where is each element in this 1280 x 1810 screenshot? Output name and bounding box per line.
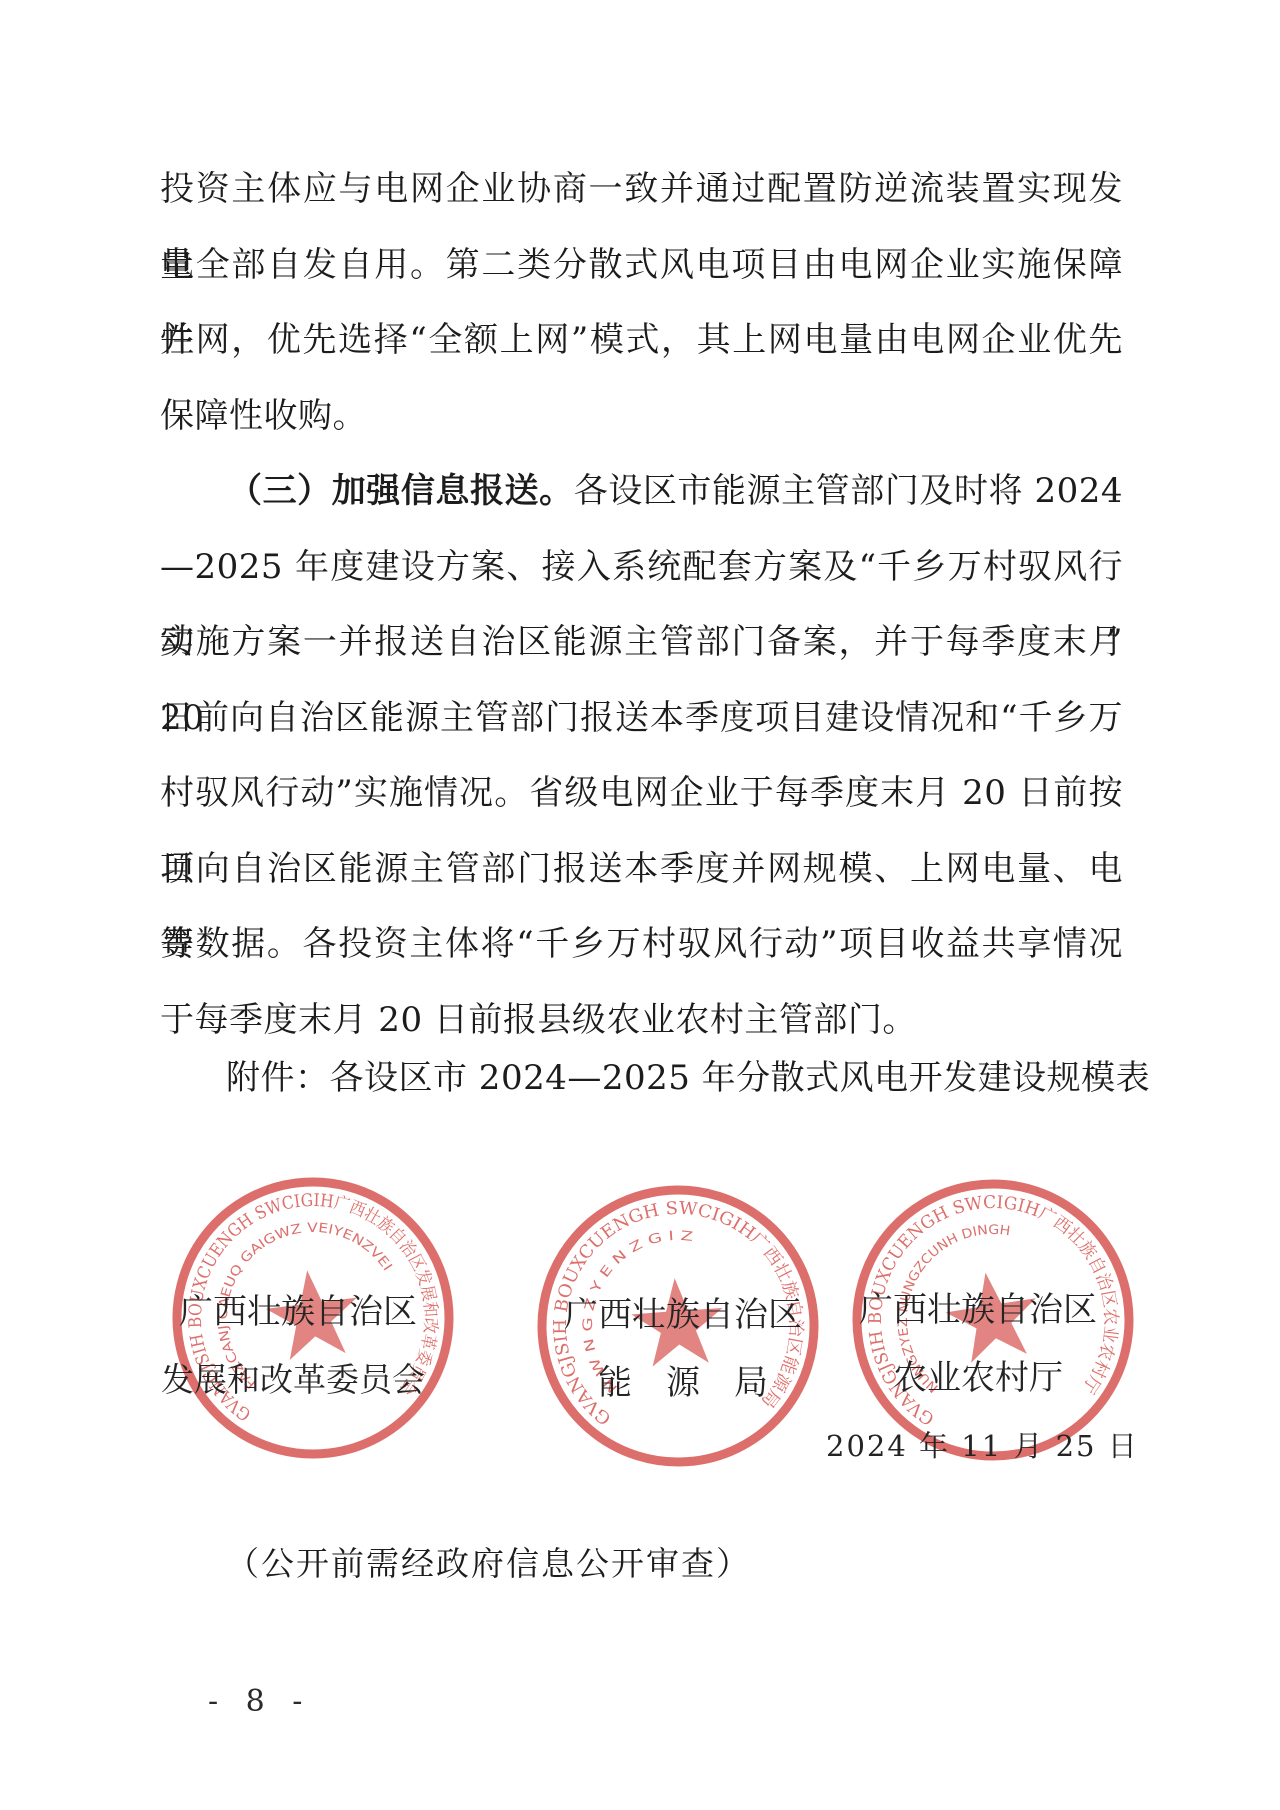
org-name-dept-1: 发展和改革委员会 — [153, 1360, 433, 1400]
body-line: 保障性收购。 — [160, 379, 1123, 455]
org-name-dept-3: 农业农村厅 — [838, 1358, 1118, 1398]
body-line: 实施方案一并报送自治区能源主管部门备案，并于每季度末月 20 — [160, 605, 1123, 681]
org-name-dept-2: 能 源 局 — [543, 1363, 823, 1403]
document-date: 2024 年 11 月 25 日 — [826, 1424, 1116, 1465]
body-text-block: 投资主体应与电网企业协商一致并通过配置防逆流装置实现发电量全部自发自用。第二类分… — [160, 152, 1123, 1058]
body-line: 投资主体应与电网企业协商一致并通过配置防逆流装置实现发电 — [160, 152, 1123, 228]
body-line: 村驭风行动”实施情况。省级电网企业于每季度末月 20 日前按项 — [160, 756, 1123, 832]
body-line: —2025 年度建设方案、接入系统配套方案及“千乡万村驭风行动” — [160, 530, 1123, 606]
org-name-region-1: 广西壮族自治区 — [158, 1292, 438, 1332]
body-line: （三）加强信息报送。各设区市能源主管部门及时将 2024 — [160, 454, 1123, 530]
body-line: 等数据。各投资主体将“千乡万村驭风行动”项目收益共享情况 — [160, 907, 1123, 983]
org-name-region-3: 广西壮族自治区 — [838, 1290, 1118, 1330]
body-line: 目向自治区能源主管部门报送本季度并网规模、上网电量、电费 — [160, 832, 1123, 908]
body-line: 日前向自治区能源主管部门报送本季度项目建设情况和“千乡万 — [160, 681, 1123, 757]
body-line: 并网，优先选择“全额上网”模式，其上网电量由电网企业优先 — [160, 303, 1123, 379]
disclosure-review-note: （公开前需经政府信息公开审查） — [226, 1538, 751, 1585]
body-line: 量全部自发自用。第二类分散式风电项目由电网企业实施保障性 — [160, 228, 1123, 304]
document-page: 投资主体应与电网企业协商一致并通过配置防逆流装置实现发电量全部自发自用。第二类分… — [0, 0, 1280, 1810]
attachment-line: 附件：各设区市 2024—2025 年分散式风电开发建设规模表 — [160, 1056, 1140, 1100]
body-line-bold-heading: （三）加强信息报送。 — [228, 471, 574, 511]
page-number: - 8 - — [208, 1684, 311, 1719]
org-name-region-2: 广西壮族自治区 — [543, 1295, 823, 1335]
body-line: 于每季度末月 20 日前报县级农业农村主管部门。 — [160, 983, 1123, 1059]
